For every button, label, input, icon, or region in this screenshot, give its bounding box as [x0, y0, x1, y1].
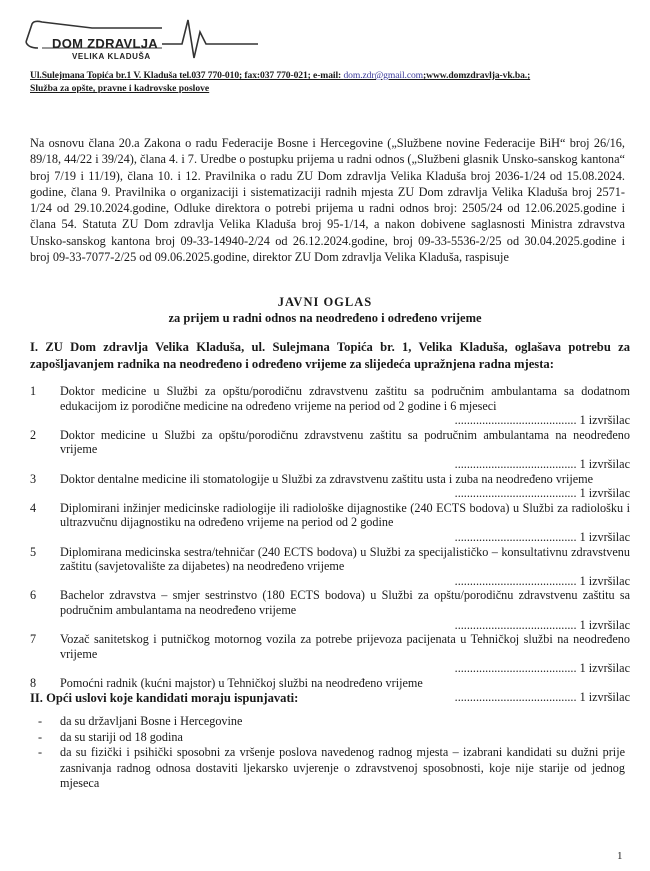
position-item: 5Diplomirana medicinska sestra/tehničar …: [30, 545, 630, 589]
position-title: Bachelor zdravstva – smjer sestrinstvo (…: [60, 588, 630, 617]
position-number: 7: [30, 632, 36, 647]
position-item: 3Doktor dentalne medicine ili stomatolog…: [30, 472, 630, 501]
condition-item: -da su državljani Bosne i Hercegovine: [30, 714, 625, 730]
position-title: Doktor medicine u Službi za opštu/porodi…: [60, 428, 630, 457]
position-count: ........................................…: [60, 486, 630, 501]
position-count: ........................................…: [60, 457, 630, 472]
position-number: 4: [30, 501, 36, 516]
position-title: Doktor dentalne medicine ili stomatologi…: [60, 472, 593, 486]
document-title: JAVNI OGLAS: [0, 295, 650, 310]
document-page: DOM ZDRAVLJA VELIKA KLADUŠA Ul.Sulejmana…: [0, 0, 650, 871]
position-title: Diplomirani inžinjer medicinske radiolog…: [60, 501, 630, 530]
bullet-dash: -: [38, 730, 42, 746]
position-item: 4Diplomirani inžinjer medicinske radiolo…: [30, 501, 630, 545]
position-item: 6Bachelor zdravstva – smjer sestrinstvo …: [30, 588, 630, 632]
conditions-list: -da su državljani Bosne i Hercegovine-da…: [30, 714, 625, 792]
position-count: ........................................…: [60, 574, 630, 589]
position-number: 5: [30, 545, 36, 560]
position-number: 8: [30, 676, 36, 691]
document-subtitle: za prijem u radni odnos na neodređeno i …: [0, 311, 650, 326]
logo-title: DOM ZDRAVLJA: [52, 36, 158, 51]
position-number: 1: [30, 384, 36, 399]
position-title: Pomoćni radnik (kućni majstor) u Tehničk…: [60, 676, 423, 690]
position-item: 7Vozač sanitetskog i putničkog motornog …: [30, 632, 630, 676]
position-title: Diplomirana medicinska sestra/tehničar (…: [60, 545, 630, 574]
section-2-heading: II. Opći uslovi koje kandidati moraju is…: [30, 690, 630, 707]
condition-item: -da su stariji od 18 godina: [30, 730, 625, 746]
position-title: Doktor medicine u Službi za opštu/porodi…: [60, 384, 630, 413]
position-count: ........................................…: [60, 413, 630, 428]
position-title: Vozač sanitetskog i putničkog motornog v…: [60, 632, 630, 661]
address-line: Ul.Sulejmana Topića br.1 V. Kladuša tel.…: [30, 70, 630, 81]
institution-logo: DOM ZDRAVLJA VELIKA KLADUŠA: [22, 14, 262, 64]
bullet-dash: -: [38, 745, 42, 761]
position-number: 2: [30, 428, 36, 443]
position-item: 1Doktor medicine u Službi za opštu/porod…: [30, 384, 630, 428]
intro-paragraph: Na osnovu člana 20.a Zakona o radu Feder…: [30, 135, 625, 265]
bullet-dash: -: [38, 714, 42, 730]
position-item: 2Doktor medicine u Službi za opštu/porod…: [30, 428, 630, 472]
website-link[interactable]: ;www.domzdravlja-vk.ba.;: [423, 70, 530, 81]
section-1-heading: I. ZU Dom zdravlja Velika Kladuša, ul. S…: [30, 339, 630, 373]
page-number: 1: [617, 850, 623, 862]
position-count: ........................................…: [60, 618, 630, 633]
address-text: Ul.Sulejmana Topića br.1 V. Kladuša tel.…: [30, 70, 343, 81]
condition-item: -da su fizički i psihički sposobni za vr…: [30, 745, 625, 792]
email-link[interactable]: dom.zdr@gmail.com: [343, 70, 423, 81]
position-number: 3: [30, 472, 36, 487]
position-number: 6: [30, 588, 36, 603]
condition-text: da su fizički i psihički sposobni za vrš…: [60, 745, 625, 790]
position-count: ........................................…: [60, 661, 630, 676]
department-line: Služba za opšte, pravne i kadrovske posl…: [30, 83, 209, 94]
condition-text: da su stariji od 18 godina: [60, 730, 183, 744]
condition-text: da su državljani Bosne i Hercegovine: [60, 714, 242, 728]
logo-subtitle: VELIKA KLADUŠA: [72, 52, 151, 61]
positions-list: 1Doktor medicine u Službi za opštu/porod…: [30, 384, 630, 705]
position-count: ........................................…: [60, 530, 630, 545]
